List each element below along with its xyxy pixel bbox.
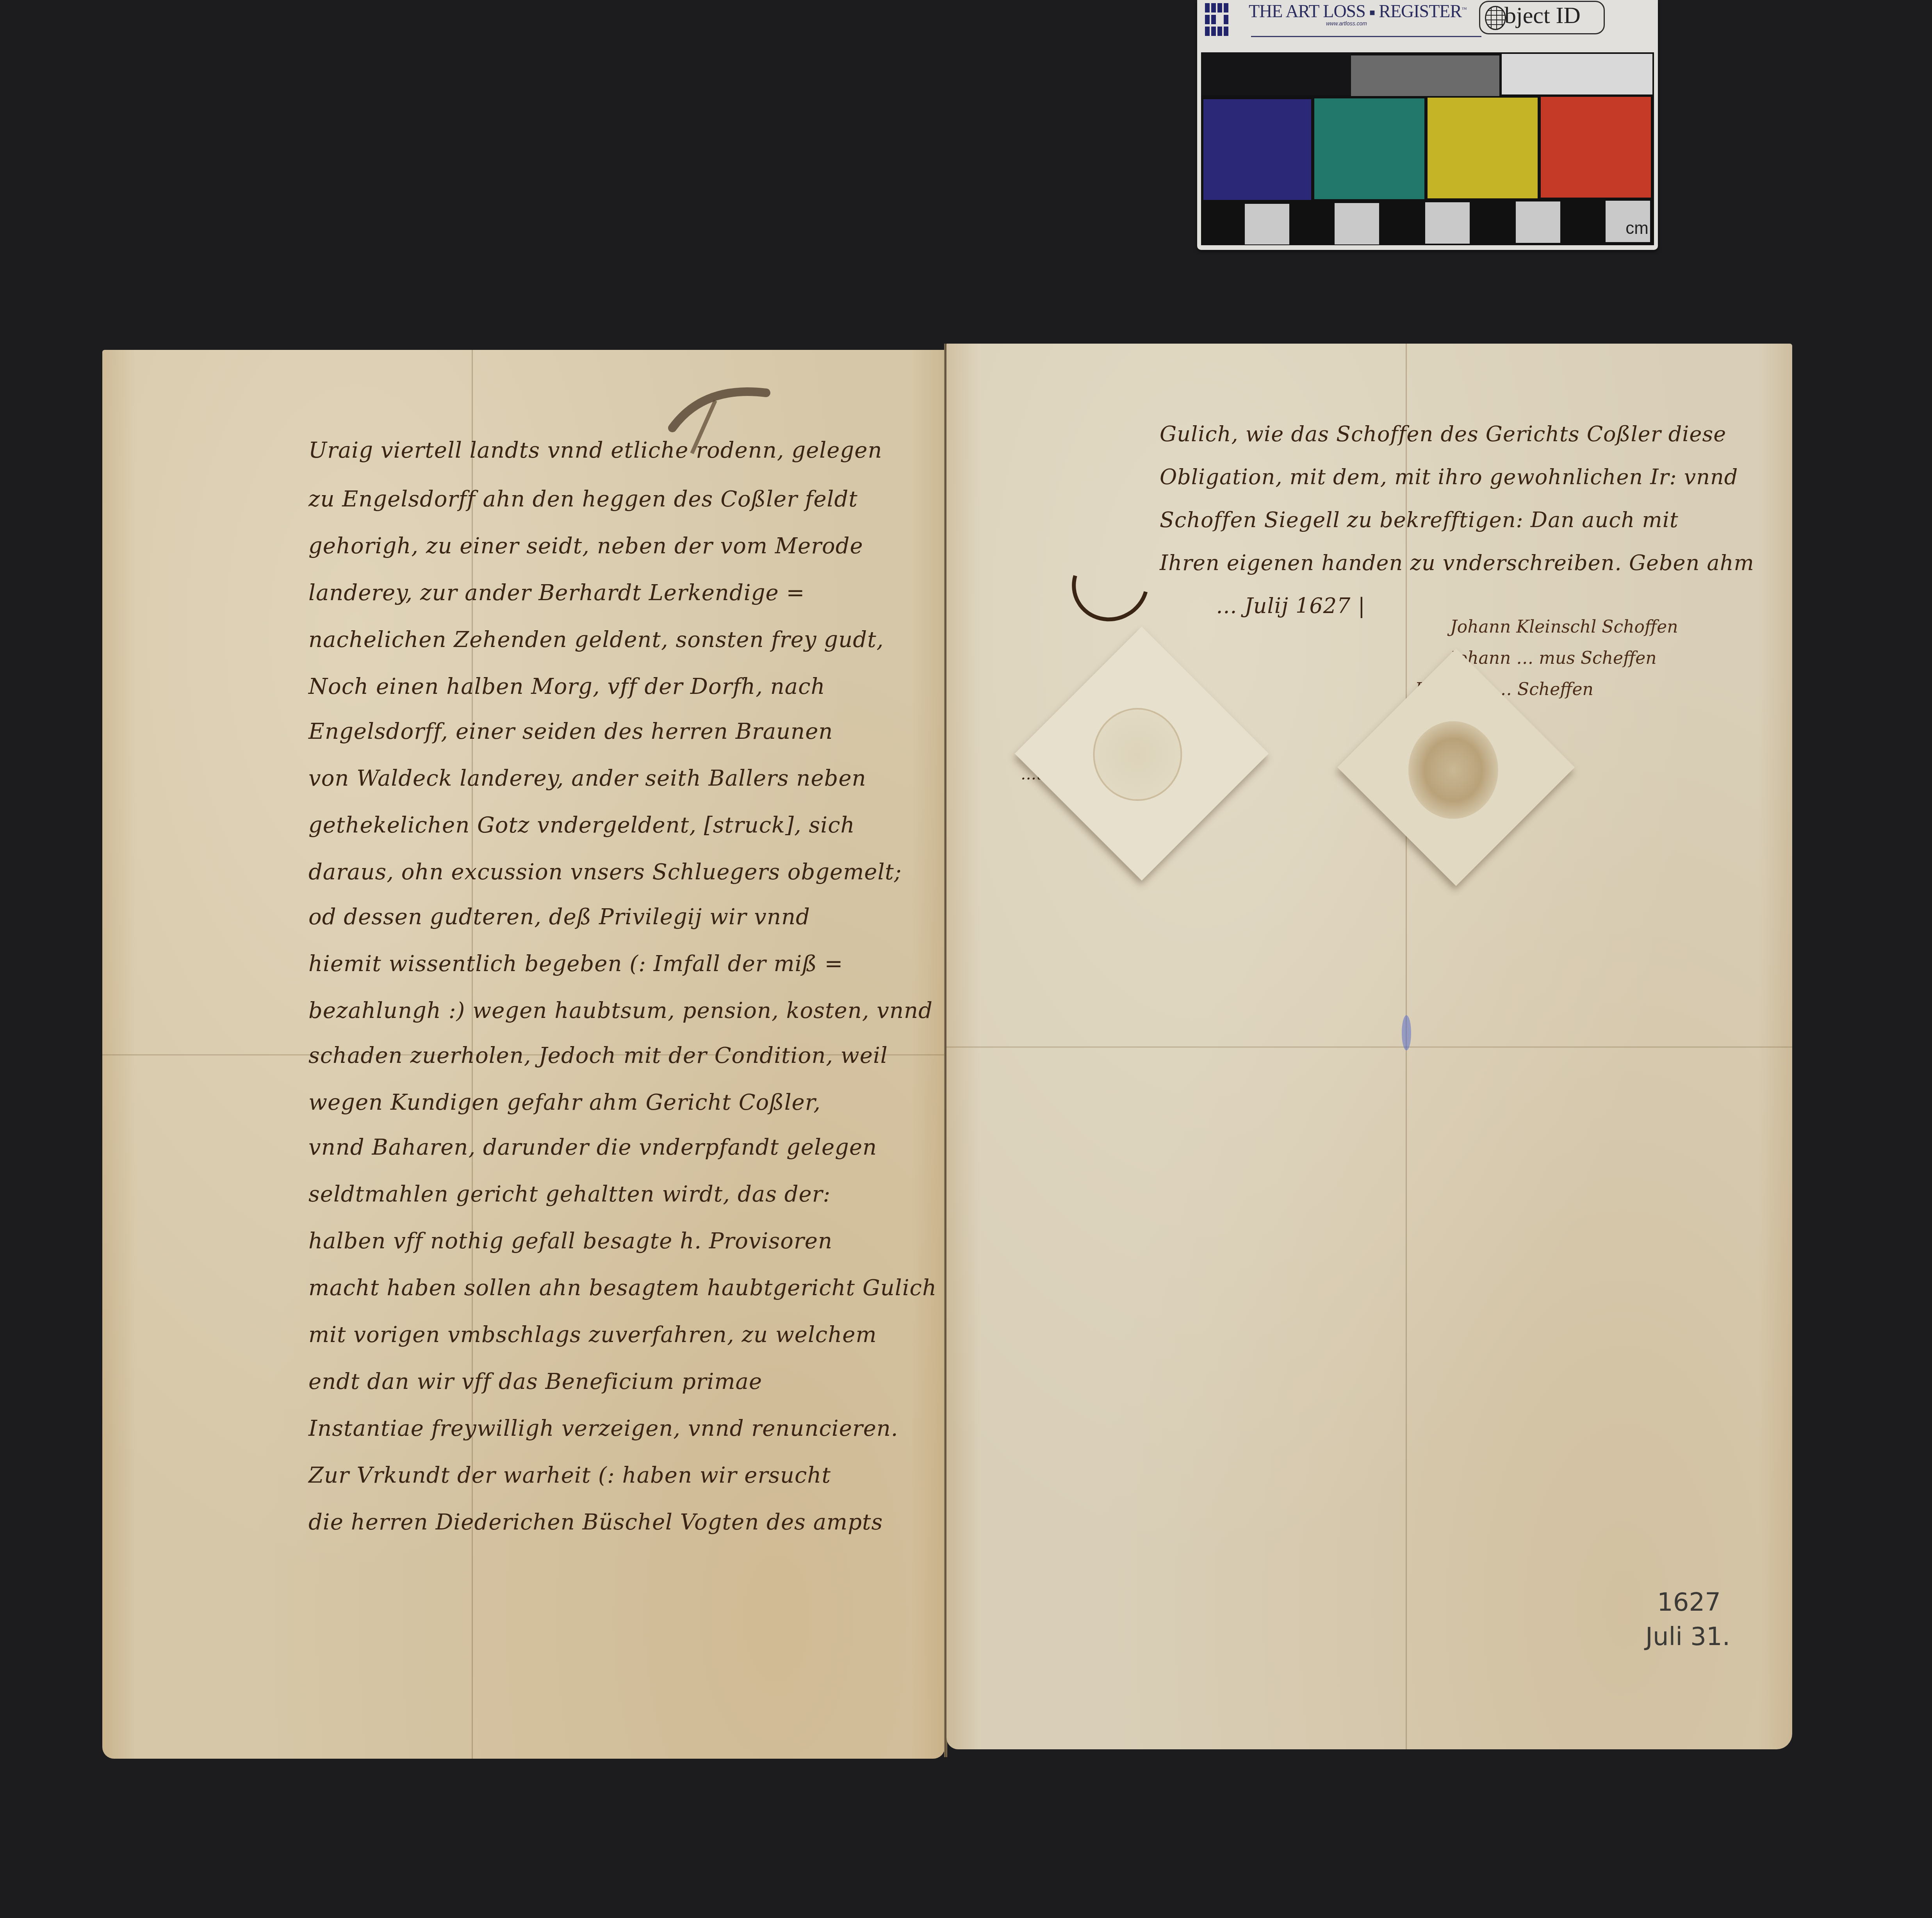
color-patch-yellow xyxy=(1428,98,1538,198)
manuscript-left-page: Uraig viertell landts vnnd etliche roden… xyxy=(102,350,945,1759)
pencil-note-date: Juli 31. xyxy=(1645,1620,1730,1654)
manuscript-line: landerey, zur ander Berhardt Lerkendige … xyxy=(308,580,805,606)
manuscript-line: Noch einen halben Morg, vff der Dorfh, n… xyxy=(308,674,825,699)
wax-seal-impression-right xyxy=(1408,721,1498,819)
cm-scale-tick xyxy=(1245,204,1289,244)
trademark-symbol: ™ xyxy=(1461,7,1467,12)
manuscript-right-page: Gulich, wie das Schoffen des Gerichts Co… xyxy=(946,344,1792,1749)
manuscript-line: die herren Diederichen Büschel Vogten de… xyxy=(308,1510,883,1535)
grey-patch-white xyxy=(1502,54,1652,94)
manuscript-line: endt dan wir vff das Beneficium primae xyxy=(308,1369,762,1394)
cm-scale-label: cm xyxy=(1625,219,1649,238)
manuscript-line: vnnd Baharen, darunder die vnderpfandt g… xyxy=(308,1135,877,1160)
pencil-archival-date-note: 1627 Juli 31. xyxy=(1645,1585,1730,1654)
brand-separator: ■ xyxy=(1369,8,1375,18)
card-underline xyxy=(1251,36,1481,37)
color-patch-blue xyxy=(1203,99,1311,200)
manuscript-line: zu Engelsdorff ahn den heggen des Coßler… xyxy=(308,487,858,512)
globe-icon xyxy=(1485,6,1506,30)
grey-patch-grey xyxy=(1351,55,1499,96)
color-patch-chart: cm xyxy=(1201,52,1654,245)
color-calibration-card: THE ART LOSS ■ REGISTER™ www.artloss.com… xyxy=(1197,0,1658,250)
art-loss-register-logo-icon xyxy=(1205,3,1228,39)
manuscript-line: seldtmahlen gericht gehaltten wirdt, das… xyxy=(308,1182,831,1207)
object-id-badge: bject ID xyxy=(1479,1,1605,34)
manuscript-line: hiemit wissentlich begeben (: Imfall der… xyxy=(308,951,843,977)
object-id-label: bject ID xyxy=(1504,2,1581,29)
manuscript-line: gehorigh, zu einer seidt, neben der vom … xyxy=(308,533,863,559)
manuscript-line: od dessen gudteren, deß Privilegij wir v… xyxy=(308,904,810,930)
manuscript-line: schaden zuerholen, Jedoch mit der Condit… xyxy=(308,1043,888,1068)
signature-line: Johann … mus Scheffen xyxy=(1450,648,1657,668)
manuscript-line: macht haben sollen ahn besagtem haubtger… xyxy=(308,1275,937,1301)
manuscript-line: … Julij 1627 | xyxy=(1216,594,1365,618)
manuscript-line: Gulich, wie das Schoffen des Gerichts Co… xyxy=(1160,422,1726,446)
seal-cover-left xyxy=(1015,627,1269,881)
color-patch-red xyxy=(1541,97,1651,198)
cm-scale-tick xyxy=(1425,202,1470,244)
manuscript-line: Engelsdorff, einer seiden des herren Bra… xyxy=(308,719,833,744)
brand-name-part2: REGISTER xyxy=(1379,1,1461,21)
horizontal-fold-line xyxy=(946,1046,1792,1048)
wax-seal-impression-left xyxy=(1093,708,1182,801)
blue-stain xyxy=(1402,1015,1411,1050)
color-patch-green xyxy=(1314,98,1424,199)
manuscript-line: mit vorigen vmbschlags zuverfahren, zu w… xyxy=(308,1322,877,1348)
manuscript-line: halben vff nothig gefall besagte h. Prov… xyxy=(308,1228,832,1254)
manuscript-line: Obligation, mit dem, mit ihro gewohnlich… xyxy=(1160,465,1738,489)
manuscript-line: Schoffen Siegell zu bekrefftigen: Dan au… xyxy=(1160,508,1679,532)
manuscript-line: nachelichen Zehenden geldent, sonsten fr… xyxy=(308,627,884,652)
signature-line: Johann Kleinschl Schoffen xyxy=(1450,617,1678,637)
manuscript-line: Zur Vrkundt der warheit (: haben wir ers… xyxy=(308,1463,831,1488)
manuscript-line: bezahlungh :) wegen haubtsum, pension, k… xyxy=(308,998,933,1023)
manuscript-line: gethekelichen Gotz vndergeldent, [struck… xyxy=(308,813,855,838)
brand-name-part1: THE ART LOSS xyxy=(1249,1,1365,21)
manuscript-line: Ihren eigenen handen zu vnderschreiben. … xyxy=(1160,551,1754,575)
card-brand-title: THE ART LOSS ■ REGISTER™ xyxy=(1249,1,1467,21)
manuscript-line: daraus, ohn excussion vnsers Schluegers … xyxy=(308,859,902,885)
cm-scale-tick xyxy=(1516,201,1560,243)
grey-patch-black xyxy=(1201,52,1351,95)
manuscript-line: Uraig viertell landts vnnd etliche roden… xyxy=(308,438,882,463)
manuscript-line: von Waldeck landerey, ander seith Baller… xyxy=(308,766,866,791)
manuscript-line: Instantiae freywilligh verzeigen, vnnd r… xyxy=(308,1416,898,1441)
cm-scale-tick xyxy=(1335,203,1379,244)
manuscript-line: wegen Kundigen gefahr ahm Gericht Coßler… xyxy=(308,1090,821,1115)
card-url: www.artloss.com xyxy=(1326,20,1367,27)
pencil-note-year: 1627 xyxy=(1645,1585,1730,1620)
ink-flourish xyxy=(1058,532,1163,636)
